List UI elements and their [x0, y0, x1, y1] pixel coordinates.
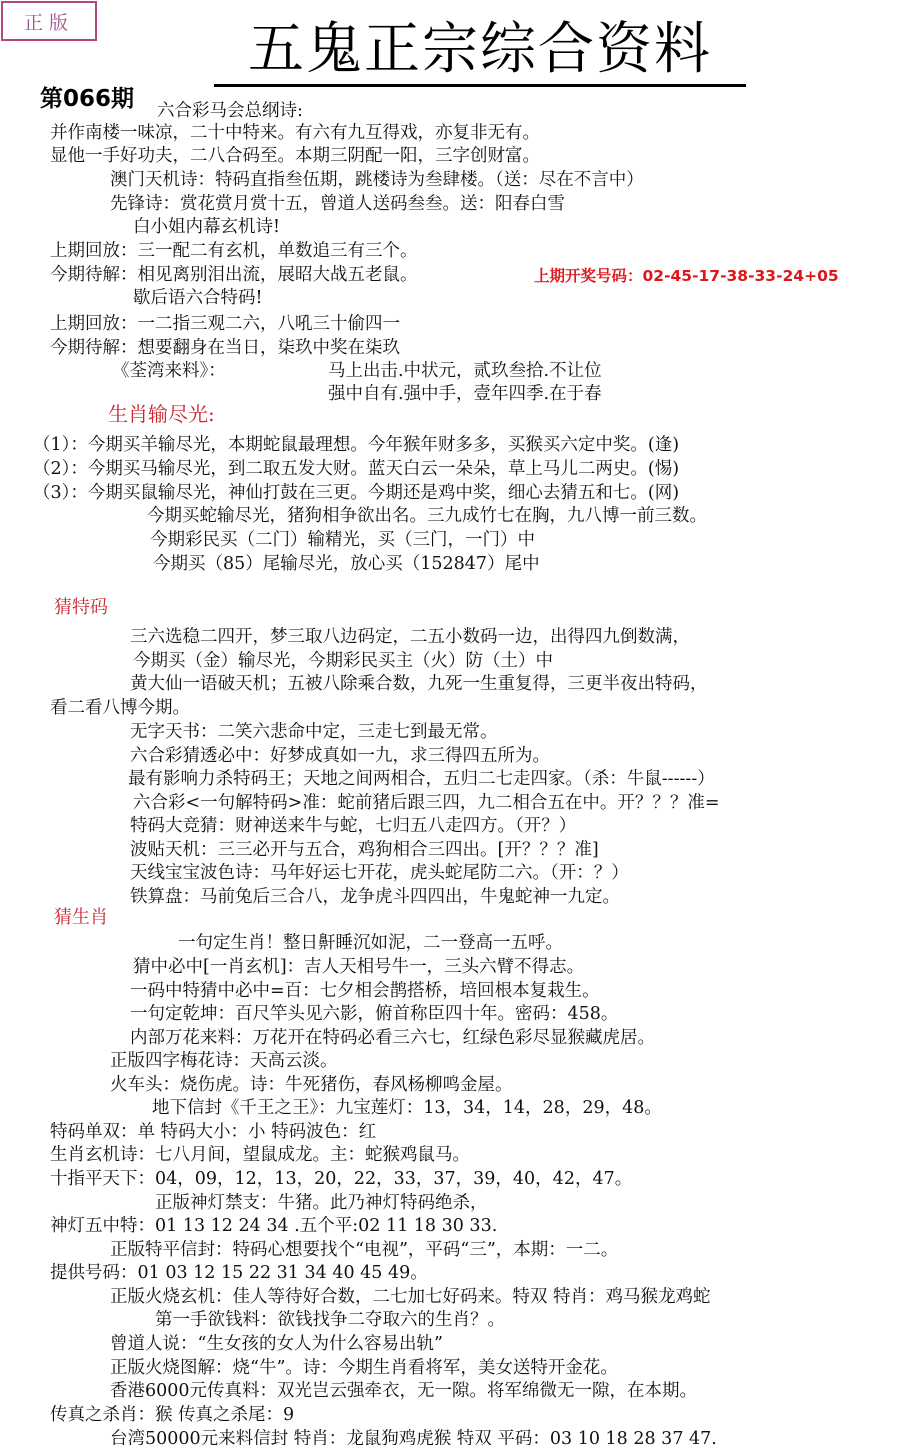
text-line: 提供号码：01 03 12 15 22 31 34 40 45 49。 — [50, 1262, 428, 1284]
text-line: 歇后语六合特码! — [133, 287, 263, 309]
section-heading: 生肖输尽光: — [108, 398, 215, 427]
text-line: 一句定乾坤：百尺竿头见六影，俯首称臣四十年。密码：458。 — [130, 1003, 618, 1025]
text-line: 最有影响力杀特码王；天地之间两相合，五归二七走四家。（杀：牛鼠------） — [128, 768, 715, 790]
text-line: 特码大竞猜：财神送来牛与蛇，七归五八走四方。（开？） — [130, 815, 576, 837]
text-line: 台湾50000元来料信封 特肖：龙鼠狗鸡虎猴 特双 平码：03 10 18 28… — [110, 1428, 717, 1445]
section-heading: 猜生肖 — [54, 903, 108, 929]
text-line: 今期买（85）尾输尽光，放心买（152847）尾中 — [153, 553, 540, 575]
text-line: 《荃湾来料》： — [112, 360, 226, 382]
text-line: 今期待解：想要翻身在当日，柒玖中奖在柒玖 — [50, 337, 400, 359]
text-line: 今期买蛇输尽光，猪狗相争欲出名。三九成竹七在胸，九八博一前三数。 — [147, 505, 707, 527]
text-line: 第一手欲钱料：欲钱找争二夺取六的生肖？。 — [155, 1309, 505, 1331]
text-line: 并作南楼一味凉，二十中特来。有六有九互得戏，亦复非无有。 — [50, 122, 540, 144]
text-line: 强中自有.强中手，壹年四季.在于春 — [328, 383, 602, 405]
text-line: 今期待解：相见离别泪出流，展昭大战五老鼠。 — [50, 264, 418, 286]
stamp-label: 正版 — [24, 8, 74, 35]
text-line: 曾道人说：“生女孩的女人为什么容易出轨” — [110, 1333, 443, 1355]
text-line: 六合彩猜透必中：好梦成真如一九，求三得四五所为。 — [130, 745, 550, 767]
text-line: 澳门天机诗：特码直指叁伍期，跳楼诗为叁肆楼。（送：尽在不言中） — [110, 169, 644, 191]
text-line: 猜中必中[一肖玄机]：吉人天相号牛一，三头六臂不得志。 — [133, 956, 584, 978]
authentic-stamp: 正版 — [1, 1, 97, 41]
text-line: 火车头：烧伤虎。诗：牛死猪伤，春风杨柳鸣金屋。 — [110, 1074, 513, 1096]
text-line: 正版神灯禁支：牛猪。此乃神灯特码绝杀， — [155, 1192, 488, 1214]
section-heading: 猜特码 — [54, 593, 108, 619]
text-line: 香港6000元传真料：双光岂云强牵衣，无一隙。将军绵微无一隙，在本期。 — [110, 1380, 697, 1402]
text-line: 上期回放：三一配二有玄机，单数追三有三个。 — [50, 240, 418, 262]
text-line: （1）：今期买羊输尽光，本期蛇鼠最理想。今年猴年财多多，买猴买六定中奖。(逢) — [33, 434, 679, 456]
text-line: 马上出击.中状元，贰玖叁拾.不让位 — [328, 360, 602, 382]
text-line: 今期买（金）输尽光，今期彩民买主（火）防（土）中 — [133, 650, 553, 672]
text-line: 一句定生肖！整日鼾睡沉如泥，二一登高一五呼。 — [178, 932, 563, 954]
last-draw-numbers: 上期开奖号码：02-45-17-38-33-24+05 — [534, 264, 839, 286]
text-line: 正版特平信封：特码心想要找个“电视”，平码“三”，本期：一二。 — [110, 1239, 618, 1261]
text-line: 看二看八博今期。 — [50, 697, 190, 719]
text-line: （3）：今期买鼠输尽光，神仙打鼓在三更。今期还是鸡中奖，细心去猜五和七。(网) — [33, 482, 679, 504]
text-line: 显他一手好功夫，二八合码至。本期三阴配一阳，三字创财富。 — [50, 145, 540, 167]
text-line: （2）：今期买马输尽光，到二取五发大财。蓝天白云一朵朵，草上马儿二两史。(惕) — [33, 458, 679, 480]
text-line: 六合彩马会总纲诗: — [157, 100, 303, 122]
text-line: 神灯五中特：01 13 12 24 34 .五个平:02 11 18 30 33… — [50, 1215, 497, 1237]
text-line: 六合彩<一句解特码>准：蛇前猪后跟三四，九二相合五在中。开？？？准= — [133, 792, 720, 814]
issue-number: 第066期 — [40, 80, 134, 113]
text-line: 白小姐内幕玄机诗! — [133, 216, 280, 238]
text-line: 生肖玄机诗：七八月间，望鼠成龙。主：蛇猴鸡鼠马。 — [50, 1144, 470, 1166]
text-line: 波贴天机：三三必开与五合，鸡狗相合三四出。[开？？？准] — [130, 839, 599, 861]
text-line: 上期回放：一二指三观二六，八吼三十偷四一 — [50, 313, 400, 335]
text-line: 正版火烧图解：烧“牛”。诗：今期生肖看将军，美女送特开金花。 — [110, 1357, 618, 1379]
page-title: 五鬼正宗综合资料 — [214, 18, 746, 87]
text-line: 先锋诗：赏花赏月赏十五，曾道人送码叁叁。送：阳春白雪 — [110, 193, 565, 215]
text-line: 铁算盘：马前兔后三合八，龙争虎斗四四出，牛鬼蛇神一九定。 — [130, 886, 620, 908]
text-line: 地下信封《千王之王》：九宝莲灯：13，34，14，28，29，48。 — [152, 1097, 662, 1119]
text-line: 无字天书：二笑六悲命中定，三走七到最无常。 — [130, 721, 498, 743]
text-line: 正版火烧玄机：佳人等待好合数，二七加七好码来。特双 特肖：鸡马猴龙鸡蛇 — [110, 1286, 711, 1308]
text-line: 十指平天下：04，09，12，13，20，22，33，37，39，40，42，4… — [50, 1168, 632, 1190]
text-line: 三六选稳二四开，梦三取八边码定，二五小数码一边，出得四九倒数满， — [130, 626, 690, 648]
text-line: 特码单双：单 特码大小：小 特码波色：红 — [50, 1121, 376, 1143]
text-line: 内部万花来料：万花开在特码必看三六七，红绿色彩尽显猴藏虎居。 — [130, 1027, 655, 1049]
text-line: 天线宝宝波色诗：马年好运七开花，虎头蛇尾防二六。（开：？） — [130, 862, 629, 884]
text-line: 一码中特猜中必中=百：七夕相会鹊搭桥，培回根本复栽生。 — [130, 980, 600, 1002]
text-line: 今期彩民买（二门）输精光，买（三门，一门）中 — [150, 529, 535, 551]
text-line: 正版四字梅花诗：天高云淡。 — [110, 1050, 338, 1072]
text-line: 传真之杀肖：猴 传真之杀尾：9 — [50, 1404, 294, 1426]
text-line: 黄大仙一语破天机；五被八除乘合数，九死一生重复得，三更半夜出特码， — [130, 673, 708, 695]
